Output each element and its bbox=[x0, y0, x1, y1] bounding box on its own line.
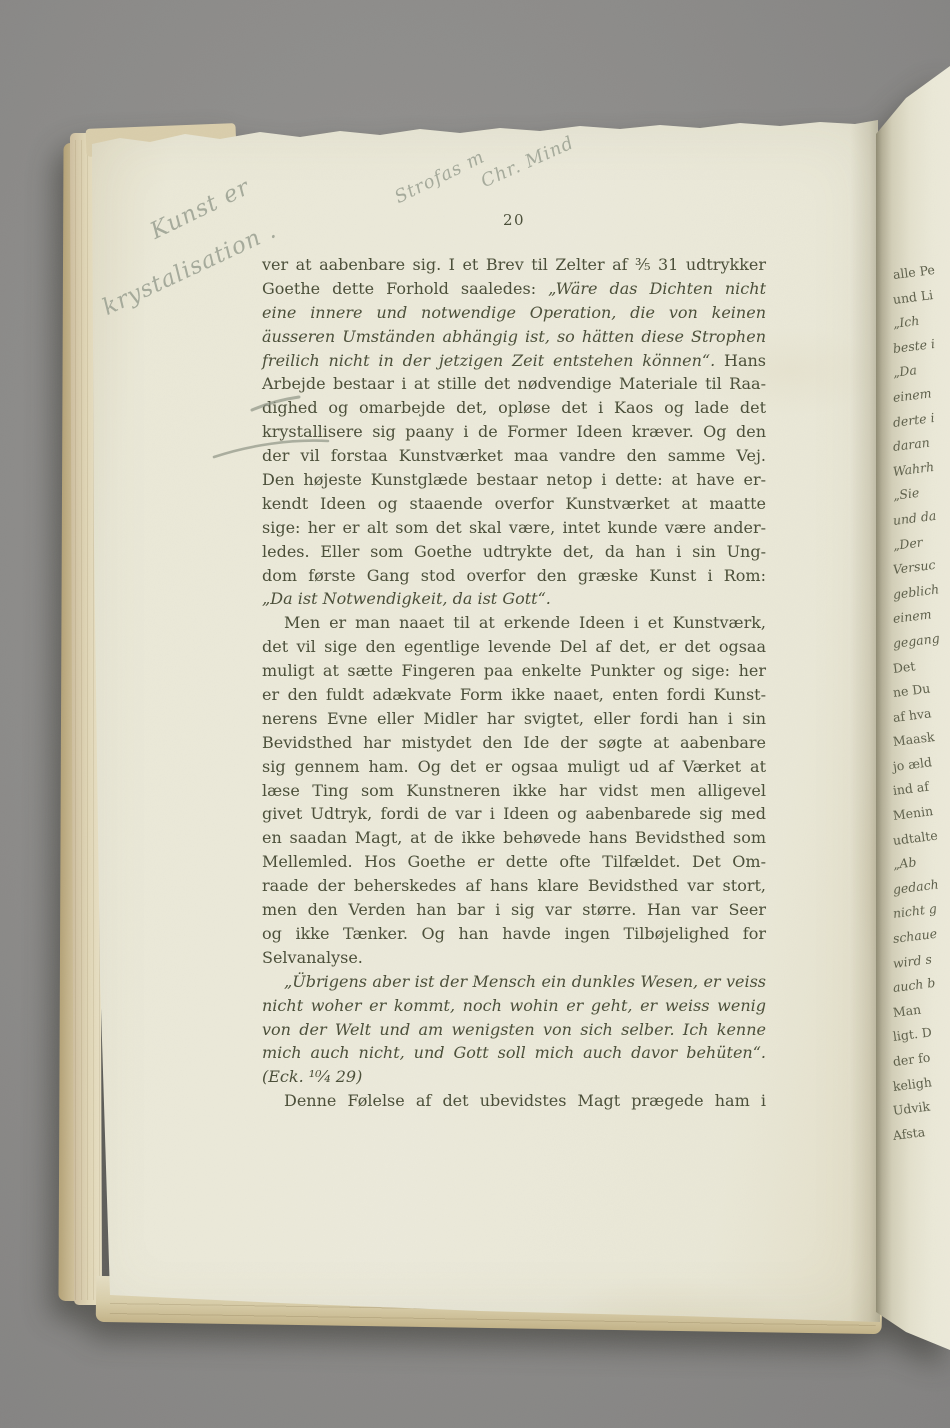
text-line: givet Udtryk, fordi de var i Ideen og aa… bbox=[262, 802, 766, 826]
text-line: sig gennem ham. Og det er ogsaa muligt u… bbox=[262, 755, 766, 779]
text-line: en saadan Magt, at de ikke behøvede hans… bbox=[262, 826, 766, 850]
text-line: og ikke Tænker. Og han havde ingen Tilbø… bbox=[262, 922, 766, 946]
text-line: „Da ist Notwendigkeit, da ist Gott“. bbox=[262, 587, 766, 611]
text-line: Arbejde bestaar i at stille det nødvendi… bbox=[262, 372, 766, 396]
facing-page-text: alle Peund Li„Ichbeste i„Daeinemderte id… bbox=[893, 263, 950, 1148]
text-line: kendt Ideen og staaende overfor Kunstvær… bbox=[262, 492, 766, 516]
text-line: (Eck. ¹⁰⁄₄ 29) bbox=[262, 1065, 766, 1089]
text-line: Men er man naaet til at erkende Ideen i … bbox=[262, 611, 766, 635]
text-line: dighed og omarbejde det, opløse det i Ka… bbox=[262, 396, 766, 420]
text-line: „Übrigens aber ist der Mensch ein dunkle… bbox=[262, 970, 766, 994]
text-line: raade der beherskedes af hans klare Bevi… bbox=[262, 874, 766, 898]
text-line: mich auch nicht, und Gott soll mich auch… bbox=[262, 1041, 766, 1065]
text-line: von der Welt und am wenigsten von sich s… bbox=[262, 1018, 766, 1042]
text-line: eine innere und notwendige Operation, di… bbox=[262, 301, 766, 325]
text-line: det vil sige den egentlige levende Del a… bbox=[262, 635, 766, 659]
text-line: dom første Gang stod overfor den græske … bbox=[262, 564, 766, 588]
text-line: Mellemled. Hos Goethe er dette ofte Tilf… bbox=[262, 850, 766, 874]
facing-page-edge: alle Peund Li„Ichbeste i„Daeinemderte id… bbox=[876, 58, 950, 1350]
text-line: er den fuldt adækvate Form ikke naaet, e… bbox=[262, 683, 766, 707]
photo-background: alle Peund Li„Ichbeste i„Daeinemderte id… bbox=[0, 0, 950, 1428]
text-line: men den Verden han bar i sig var større.… bbox=[262, 898, 766, 922]
text-line: ver at aabenbare sig. I et Brev til Zelt… bbox=[262, 253, 766, 277]
text-line: Denne Følelse af det ubevidstes Magt præ… bbox=[262, 1089, 766, 1113]
text-line: sige: her er alt som det skal være, inte… bbox=[262, 516, 766, 540]
text-line: Bevidsthed har mistydet den Ide der søgt… bbox=[262, 731, 766, 755]
text-line: ledes. Eller som Goethe udtrykte det, da… bbox=[262, 540, 766, 564]
gutter-shadow bbox=[850, 116, 880, 1326]
text-line: nerens Evne eller Midler har svigtet, el… bbox=[262, 707, 766, 731]
text-line: læse Ting som Kunstneren ikke har vidst … bbox=[262, 779, 766, 803]
text-line: Goethe dette Forhold saaledes: „Wäre das… bbox=[262, 277, 766, 301]
text-line: der vil forstaa Kunstværket maa vandre d… bbox=[262, 444, 766, 468]
text-line: äusseren Umständen abhängig ist, so hätt… bbox=[262, 325, 766, 349]
text-line: nicht woher er kommt, noch wohin er geht… bbox=[262, 994, 766, 1018]
text-line: Selvanalyse. bbox=[262, 946, 766, 970]
text-line: krystallisere sig paany i de Former Idee… bbox=[262, 420, 766, 444]
page-number: 20 bbox=[262, 211, 766, 229]
text-line: muligt at sætte Fingeren paa enkelte Pun… bbox=[262, 659, 766, 683]
body-text: ver at aabenbare sig. I et Brev til Zelt… bbox=[262, 253, 766, 1113]
text-line: freilich nicht in der jetzigen Zeit ents… bbox=[262, 349, 766, 373]
text-line: Den højeste Kunstglæde bestaar netop i d… bbox=[262, 468, 766, 492]
